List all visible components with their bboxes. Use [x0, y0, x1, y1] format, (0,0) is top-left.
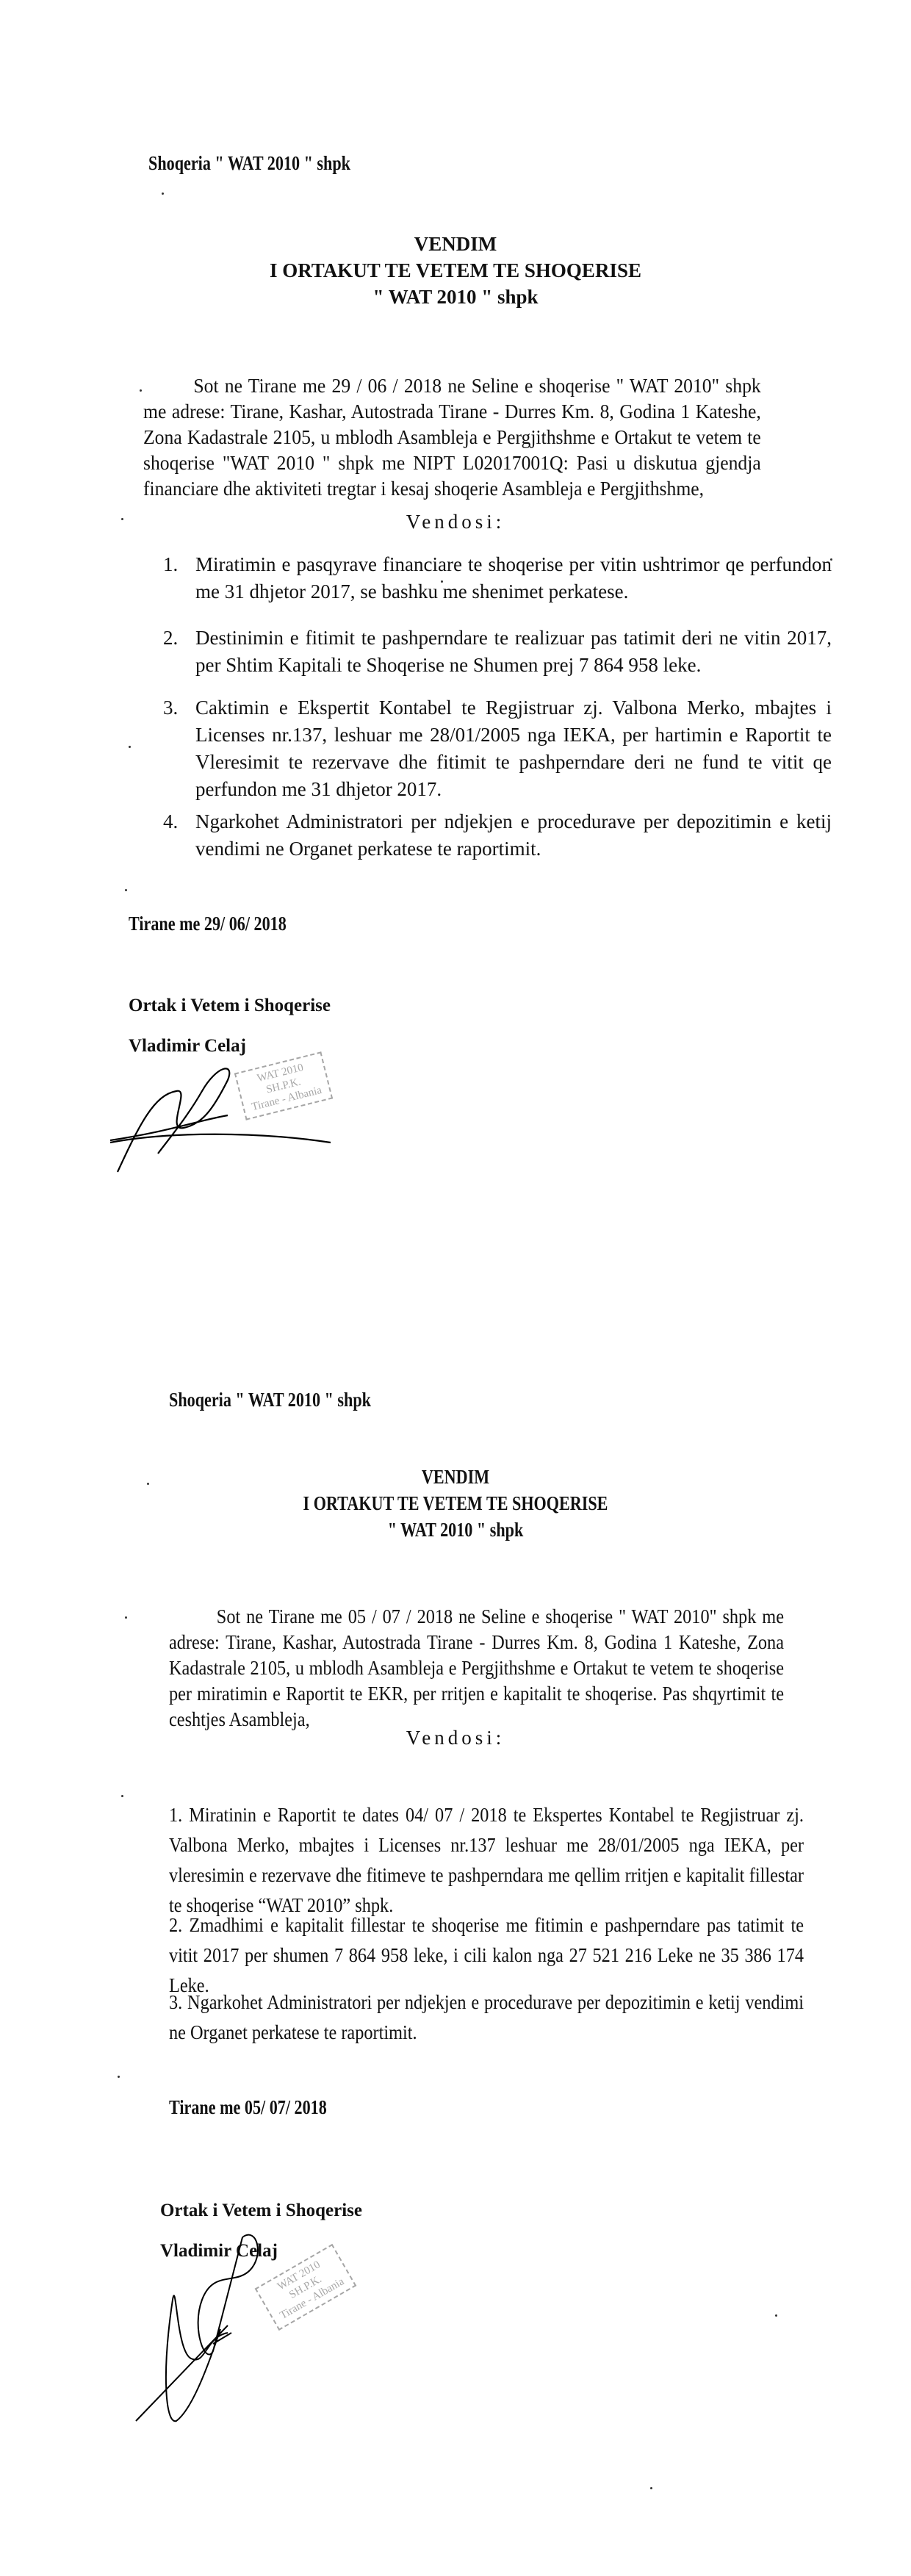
intro-paragraph: Sot ne Tirane me 05 / 07 / 2018 ne Selin…	[169, 1604, 784, 1733]
place-date: Tirane me 05/ 07/ 2018	[169, 2096, 327, 2119]
decision-item: 2. Destinimin e fitimit te pashperndare …	[163, 625, 832, 679]
item-number: 3.	[163, 694, 178, 722]
decision-item: 1. Miratinin e Raportit te dates 04/ 07 …	[169, 1800, 804, 1921]
item-text: Caktimin e Ekspertit Kontabel te Regjist…	[163, 694, 832, 803]
company-header: Shoqeria " WAT 2010 " shpk	[148, 152, 350, 175]
intro-paragraph-text: Sot ne Tirane me 29 / 06 / 2018 ne Selin…	[143, 375, 761, 500]
title-line-2: I ORTAKUT TE VETEM TE SHOQERISE	[303, 1490, 608, 1517]
title-line-3: " WAT 2010 " shpk	[0, 284, 911, 310]
intro-paragraph: Sot ne Tirane me 29 / 06 / 2018 ne Selin…	[143, 373, 761, 502]
place-date: Tirane me 29/ 06/ 2018	[129, 913, 287, 935]
signature-icon	[132, 2226, 279, 2425]
item-number: 3.	[169, 1991, 182, 2013]
item-number: 1.	[163, 551, 178, 578]
item-number: 1.	[169, 1804, 182, 1826]
item-text: Miratinin e Raportit te dates 04/ 07 / 2…	[169, 1804, 804, 1916]
signatory-role: Ortak i Vetem i Shoqerise	[160, 2201, 362, 2221]
signatory-name: Vladimir Celaj	[129, 1036, 246, 1057]
title-line-1: VENDIM	[303, 1464, 608, 1490]
decision-item: 3. Ngarkohet Administratori per ndjekjen…	[169, 1987, 804, 2048]
item-number: 4.	[163, 808, 178, 835]
decided-label: Vendosi:	[0, 1727, 911, 1749]
decision-item: 1. Miratimin e pasqyrave financiare te s…	[163, 551, 832, 605]
document-title: VENDIM I ORTAKUT TE VETEM TE SHOQERISE "…	[0, 231, 911, 310]
item-text: Destinimin e fitimit te pashperndare te …	[163, 625, 832, 679]
item-text: Zmadhimi e kapitalit fillestar te shoqer…	[169, 1914, 804, 1996]
item-text: Miratimin e pasqyrave financiare te shoq…	[163, 551, 832, 605]
company-header: Shoqeria " WAT 2010 " shpk	[169, 1389, 371, 1411]
signatory-role: Ortak i Vetem i Shoqerise	[129, 996, 331, 1016]
item-number: 2.	[169, 1914, 182, 1936]
item-text: Ngarkohet Administratori per ndjekjen e …	[169, 1991, 804, 2043]
title-line-1: VENDIM	[0, 231, 911, 257]
intro-paragraph-text: Sot ne Tirane me 05 / 07 / 2018 ne Selin…	[169, 1605, 784, 1730]
item-number: 2.	[163, 625, 178, 652]
document-title: VENDIM I ORTAKUT TE VETEM TE SHOQERISE "…	[0, 1464, 911, 1543]
decided-label: Vendosi:	[0, 511, 911, 533]
decision-item: 4. Ngarkohet Administratori per ndjekjen…	[163, 808, 832, 863]
item-text: Ngarkohet Administratori per ndjekjen e …	[163, 808, 832, 863]
title-line-2: I ORTAKUT TE VETEM TE SHOQERISE	[0, 257, 911, 284]
title-line-3: " WAT 2010 " shpk	[303, 1517, 608, 1543]
decision-item: 3. Caktimin e Ekspertit Kontabel te Regj…	[163, 694, 832, 803]
